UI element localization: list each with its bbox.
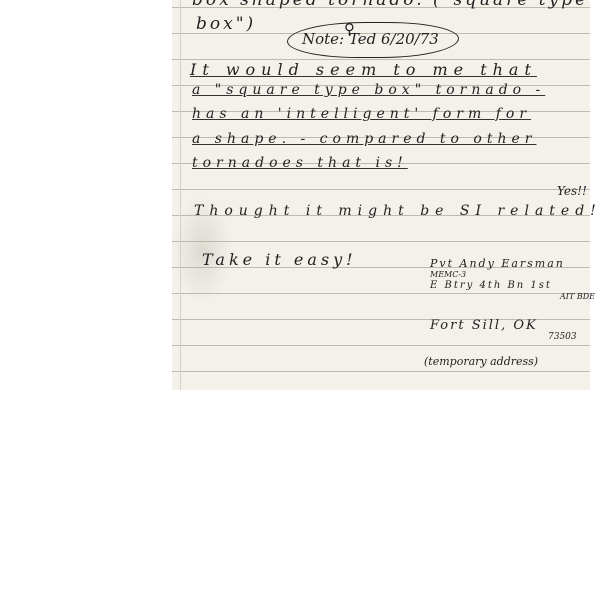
text-line-top-cont: box"): [196, 14, 256, 34]
address-battery: E Btry 4th Bn 1st: [430, 280, 552, 291]
text-line-6: Thought it might be SI related!: [194, 203, 600, 219]
annotation-note: Note: Ted 6/20/73: [302, 30, 439, 48]
text-line-4: a shape. - compared to other: [192, 131, 536, 147]
text-line-1: It would seem to me that: [190, 60, 537, 79]
address-note: (temporary address): [424, 355, 538, 368]
address-city: Fort Sill, OK: [430, 318, 538, 333]
address-brigade: AIT BDE: [560, 292, 595, 301]
address-name: Pvt Andy Earsman: [430, 257, 565, 270]
text-line-7: Take it easy!: [202, 250, 357, 269]
address-zip: 73503: [548, 332, 577, 342]
aside-yes: Yes!!: [557, 184, 587, 198]
letter-page: box shaped tornado. ("square type box") …: [172, 0, 590, 390]
text-line-top-partial: box shaped tornado. ("square type: [192, 0, 588, 10]
address-unit: MEMC-3: [430, 270, 466, 279]
text-line-5: tornadoes that is!: [192, 155, 408, 171]
text-line-3: has an 'intelligent' form for: [192, 106, 531, 122]
text-line-2: a "square type box" tornado -: [192, 82, 545, 98]
